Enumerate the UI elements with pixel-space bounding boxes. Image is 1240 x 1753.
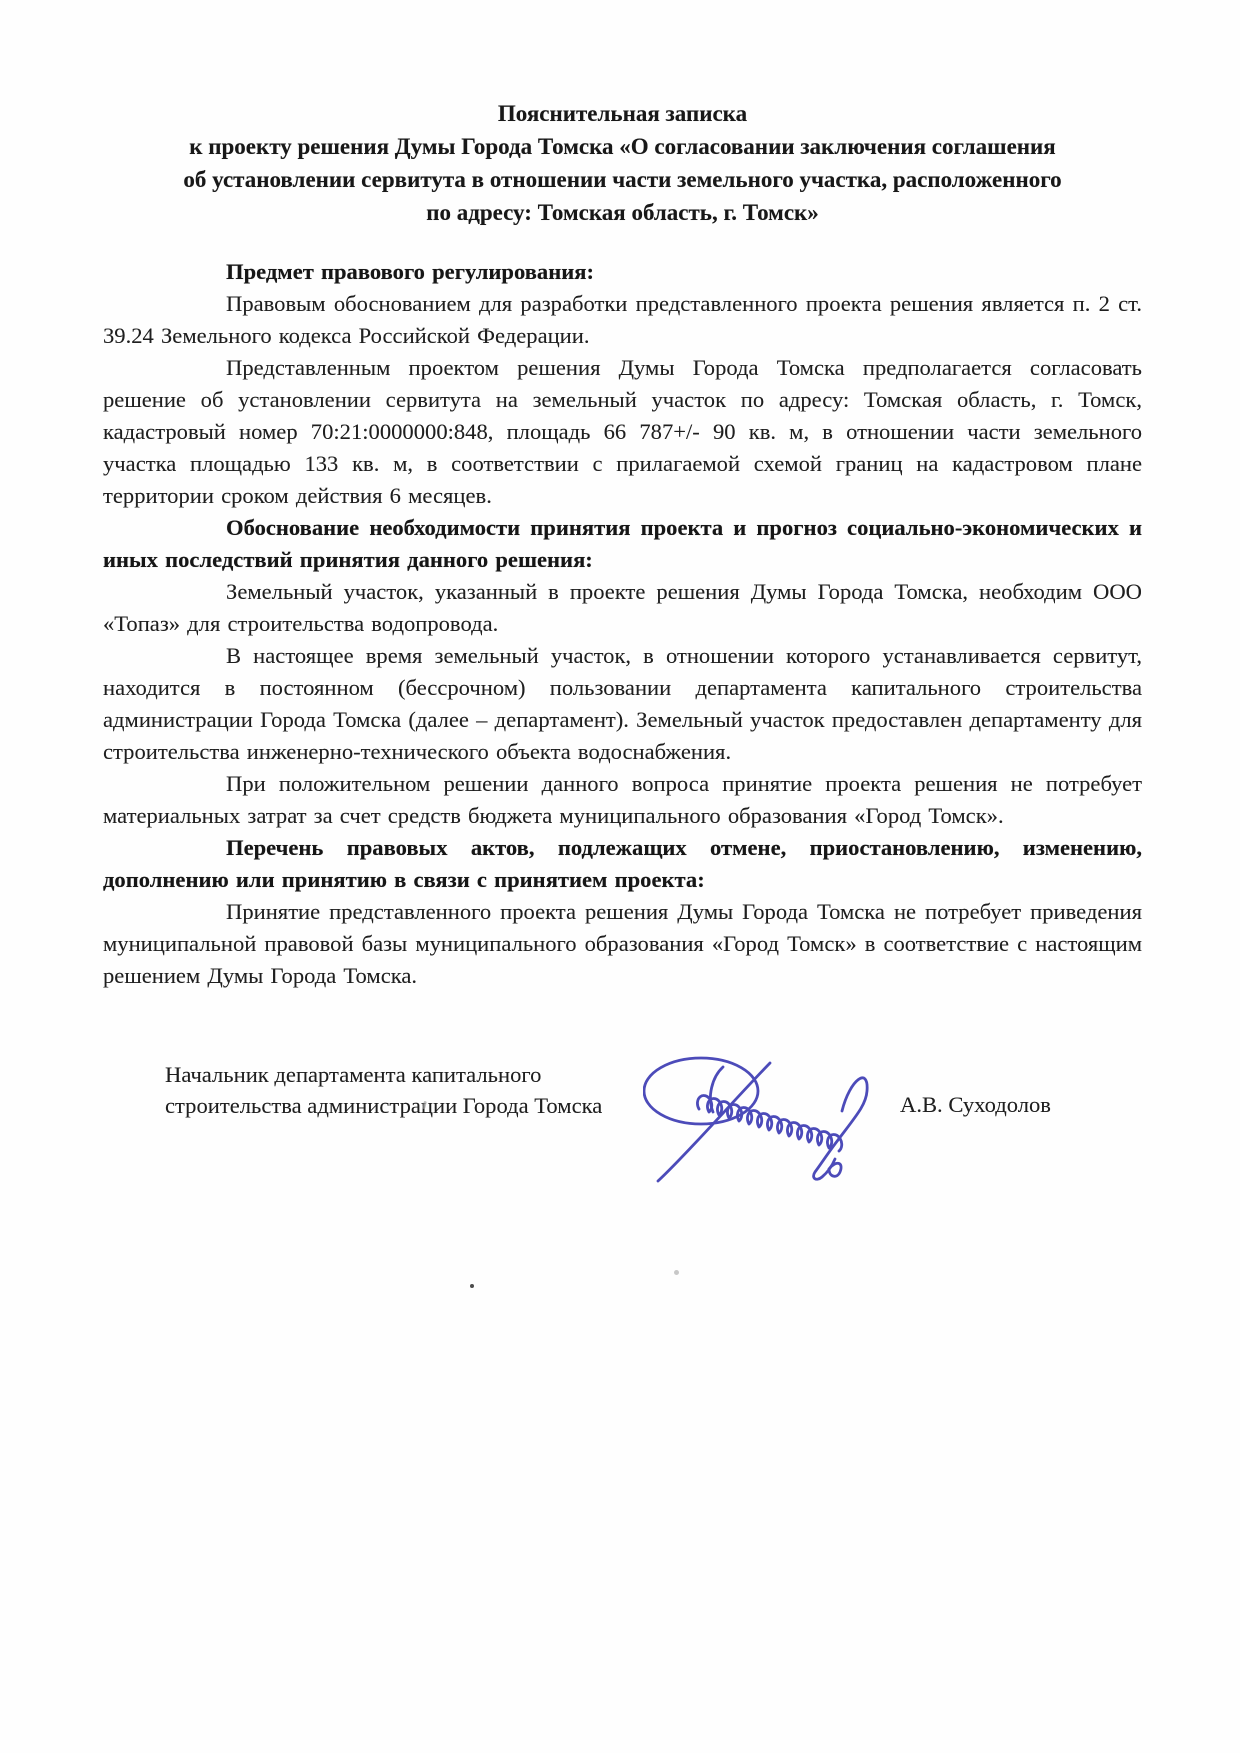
document-title: Пояснительная записка к проекту решения … (103, 97, 1142, 229)
signature-block: Начальник департамента капитального стро… (165, 1059, 1142, 1229)
doc-paragraph: Земельный участок, указанный в проекте р… (103, 576, 1142, 640)
handwritten-signature (643, 1053, 895, 1195)
doc-paragraph: Принятие представленного проекта решения… (103, 896, 1142, 992)
doc-paragraph: При положительном решении данного вопрос… (103, 768, 1142, 832)
section-heading-subject: Предмет правового регулирования: (103, 256, 1142, 288)
scan-speck (470, 1284, 474, 1288)
section-heading-acts-list: Перечень правовых актов, подлежащих отме… (103, 832, 1142, 896)
signer-name: А.В. Суходолов (900, 1089, 1051, 1120)
scan-speck (674, 1270, 679, 1275)
scanned-document-page: Пояснительная записка к проекту решения … (0, 0, 1240, 1753)
doc-paragraph: В настоящее время земельный участок, в о… (103, 640, 1142, 768)
title-line: к проекту решения Думы Города Томска «О … (103, 130, 1142, 163)
doc-paragraph: Представленным проектом решения Думы Гор… (103, 352, 1142, 512)
doc-paragraph: Правовым обоснованием для разработки пре… (103, 288, 1142, 352)
title-line: об установлении сервитута в отношении ча… (103, 163, 1142, 196)
document-body: Предмет правового регулирования: Правовы… (103, 256, 1142, 992)
document-content: Пояснительная записка к проекту решения … (103, 97, 1142, 1229)
title-line: по адресу: Томская область, г. Томск» (103, 196, 1142, 229)
title-line: Пояснительная записка (103, 97, 1142, 130)
signature-stroke (644, 1058, 867, 1181)
section-heading-justification: Обоснование необходимости принятия проек… (103, 512, 1142, 576)
